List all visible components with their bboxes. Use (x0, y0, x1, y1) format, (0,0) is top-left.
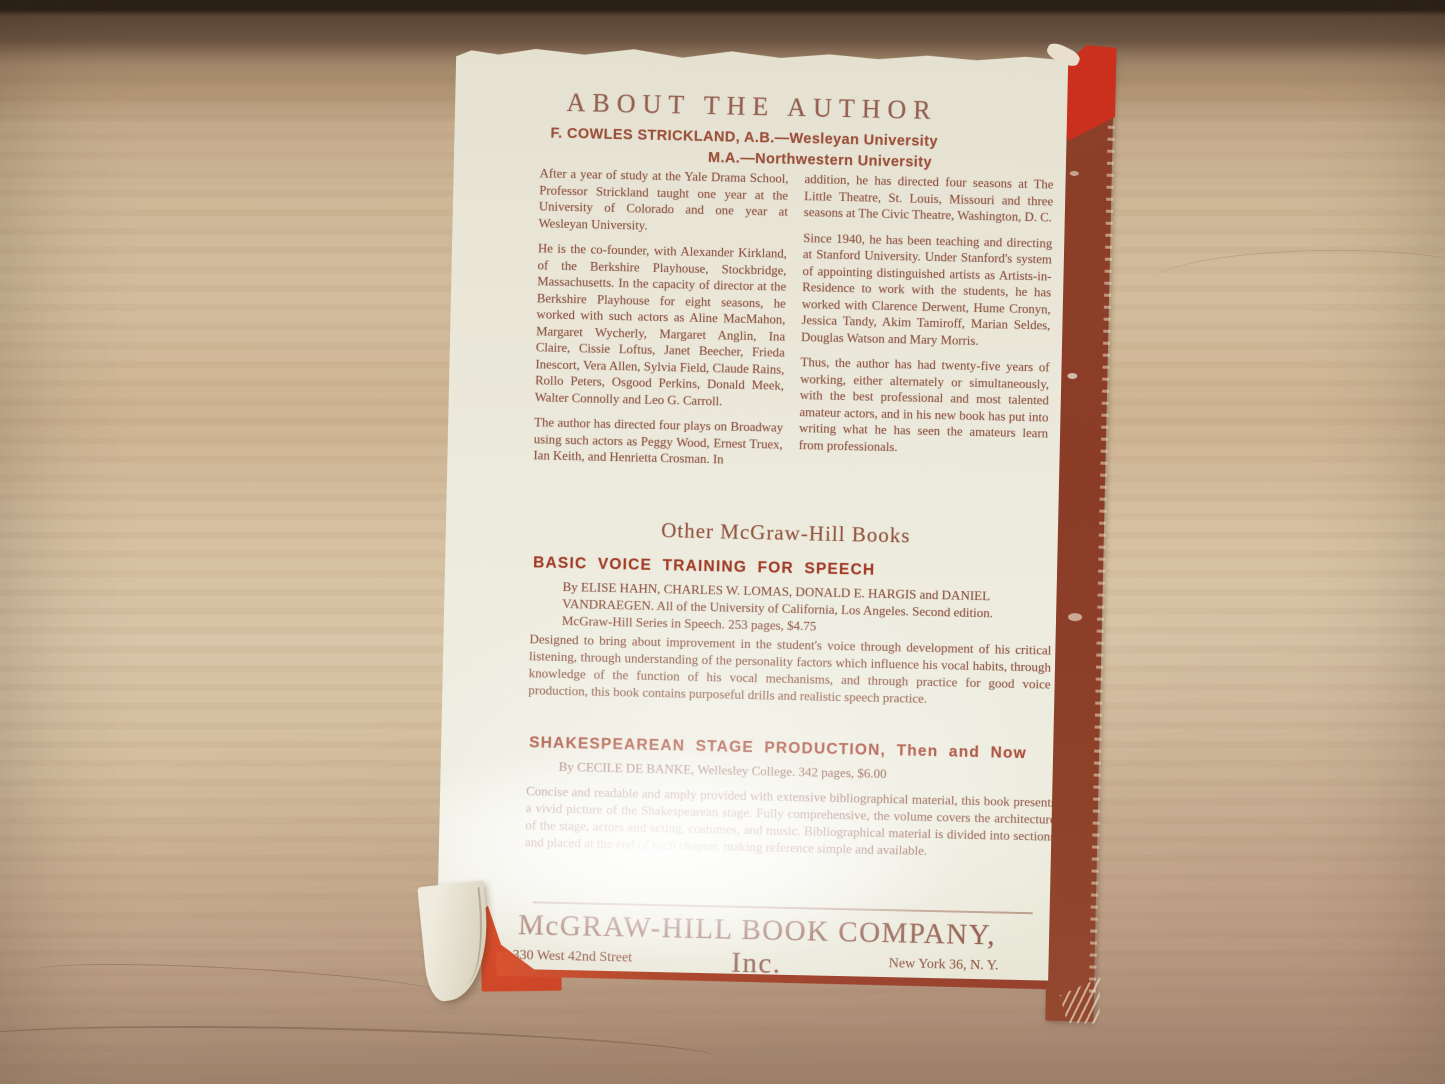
about-paragraph: addition, he has directed four seasons a… (804, 171, 1054, 226)
worn-spot (1067, 373, 1077, 379)
publisher-city: New York 36, N. Y. (889, 956, 999, 974)
about-paragraph: Thus, the author has had twenty-five yea… (799, 354, 1050, 458)
about-author-columns: After a year of study at the Yale Drama … (533, 165, 1054, 484)
publisher-street: 330 West 42nd Street (512, 948, 632, 967)
wood-grain-line (0, 1019, 720, 1080)
jacket-text-area: ABOUT THE AUTHOR F. COWLES STRICKLAND, A… (436, 43, 1068, 980)
about-left-column: After a year of study at the Yale Drama … (533, 165, 789, 478)
wood-grain-line (29, 956, 450, 1010)
about-paragraph: He is the co-founder, with Alexander Kir… (535, 240, 788, 410)
dust-jacket-back: ABOUT THE AUTHOR F. COWLES STRICKLAND, A… (436, 43, 1068, 980)
book2-byline: By CECILE DE BANKE, Wellesley College. 3… (558, 759, 1030, 786)
about-paragraph: Since 1940, he has been teaching and dir… (801, 230, 1052, 351)
book1-byline: By ELISE HAHN, CHARLES W. LOMAS, DONALD … (562, 579, 1035, 640)
book1-description: Designed to bring about improvement in t… (528, 630, 1051, 710)
about-paragraph: The author has directed four plays on Br… (533, 414, 783, 469)
other-books-heading: Other McGraw-Hill Books (536, 515, 1036, 551)
about-the-author-heading: ABOUT THE AUTHOR (547, 87, 958, 126)
worn-spot (1068, 613, 1082, 621)
frayed-jacket-edge (1089, 114, 1115, 994)
about-right-column: addition, he has directed four seasons a… (798, 171, 1054, 484)
worn-spot (1070, 171, 1079, 176)
book-back-cover: ABOUT THE AUTHOR F. COWLES STRICKLAND, A… (429, 33, 1122, 1033)
book2-title: SHAKESPEAREAN STAGE PRODUCTION, Then and… (529, 734, 1027, 763)
photo-wooden-table: ABOUT THE AUTHOR F. COWLES STRICKLAND, A… (0, 0, 1445, 1084)
book2-description: Concise and readable and amply provided … (525, 782, 1056, 862)
about-paragraph: After a year of study at the Yale Drama … (538, 165, 788, 236)
book1-title: BASIC VOICE TRAINING FOR SPEECH (533, 554, 876, 579)
wood-grain-line (1149, 247, 1445, 314)
